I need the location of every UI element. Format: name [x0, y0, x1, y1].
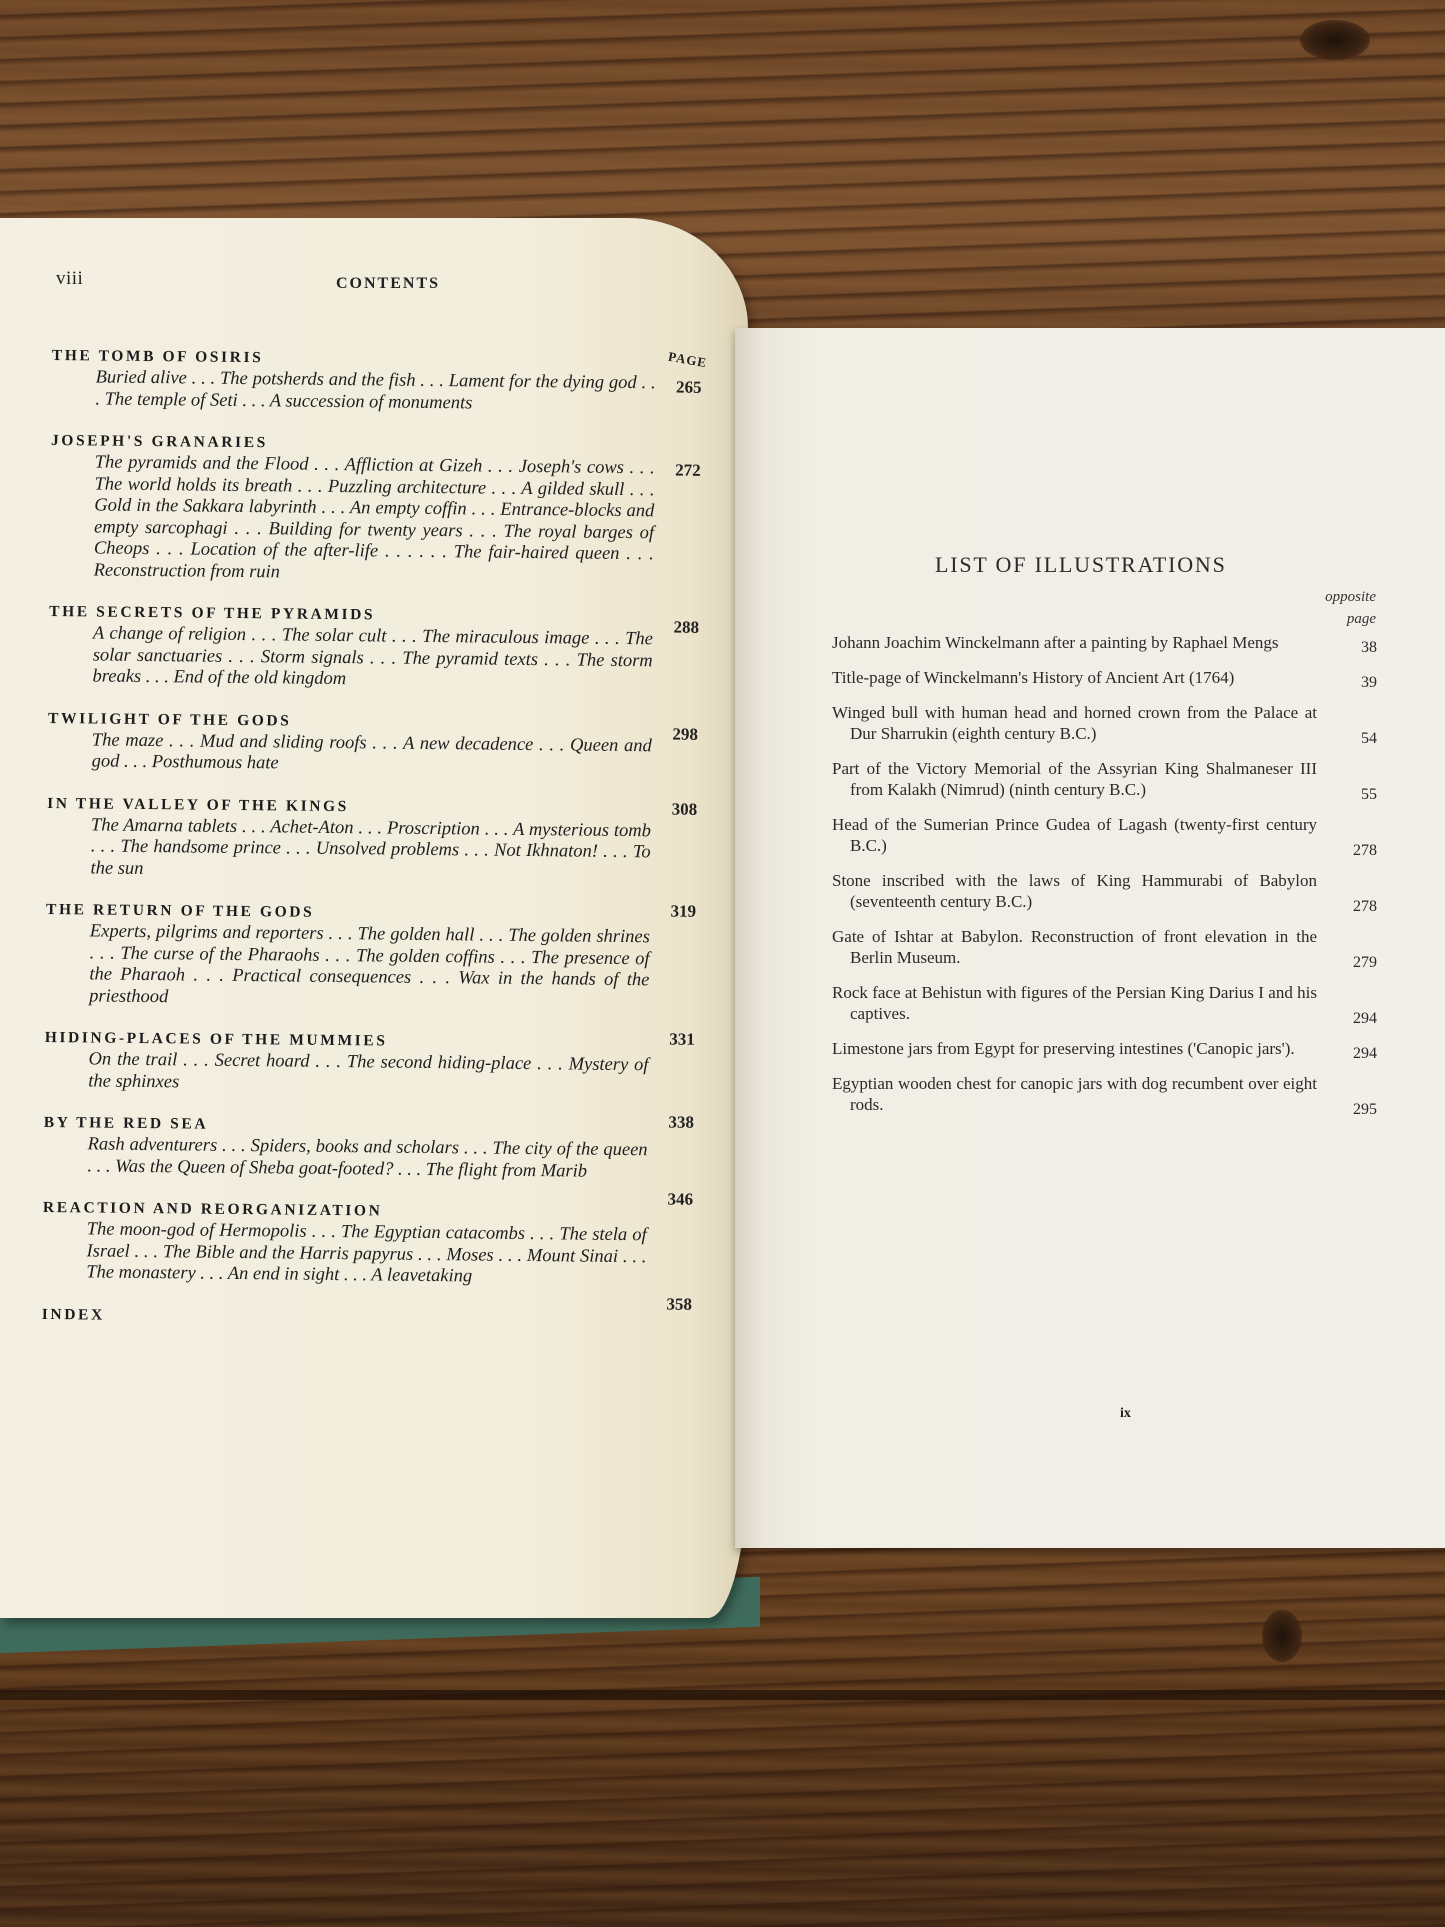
chapter-subtitle: The pyramids and the Flood . . . Afflict… — [50, 452, 655, 587]
illustration-item: Part of the Victory Memorial of the Assy… — [832, 758, 1377, 800]
chapter-page: 298 — [672, 724, 698, 744]
wood-knot — [1262, 1610, 1302, 1662]
list-of-illustrations-title: LIST OF ILLUSTRATIONS — [935, 552, 1227, 578]
illustration-item: Limestone jars from Egypt for preserving… — [832, 1038, 1377, 1059]
column-head-line: page — [1290, 608, 1376, 630]
toc-entry: INDEX 358 — [42, 1303, 652, 1331]
toc-entry: THE RETURN OF THE GODS Experts, pilgrims… — [45, 899, 656, 1013]
opposite-page-column-head: opposite page — [1290, 586, 1376, 630]
toc-entry: BY THE RED SEA Rash adventurers . . . Sp… — [43, 1112, 654, 1183]
chapter-subtitle: Experts, pilgrims and reporters . . . Th… — [45, 921, 650, 1013]
illustration-caption: Johann Joachim Winckelmann after a paint… — [832, 632, 1317, 653]
illustration-page: 294 — [1353, 1045, 1377, 1063]
chapter-page: 288 — [673, 618, 699, 638]
chapter-page: 358 — [666, 1294, 692, 1314]
illustration-item: Stone inscribed with the laws of King Ha… — [832, 870, 1377, 912]
chapter-page: 272 — [675, 461, 701, 481]
running-head: CONTENTS — [336, 275, 440, 293]
illustration-item: Head of the Sumerian Prince Gudea of Lag… — [832, 814, 1377, 856]
wood-board-seam — [0, 1690, 1445, 1700]
illustration-item: Johann Joachim Winckelmann after a paint… — [832, 632, 1377, 653]
chapter-page: 346 — [667, 1189, 693, 1209]
chapter-page: 265 — [676, 378, 702, 398]
chapter-title: INDEX — [42, 1303, 652, 1331]
toc-entry: THE TOMB OF OSIRIS Buried alive . . . Th… — [51, 345, 662, 416]
toc-entry: HIDING-PLACES OF THE MUMMIES On the trai… — [44, 1027, 655, 1098]
chapter-subtitle: The Amarna tablets . . . Achet-Aton . . … — [46, 814, 651, 885]
illustration-item: Gate of Ishtar at Babylon. Reconstructio… — [832, 926, 1377, 968]
illustration-page: 295 — [1353, 1101, 1377, 1119]
illustration-caption: Rock face at Behistun with figures of th… — [832, 982, 1317, 1024]
illustrations-list: Johann Joachim Winckelmann after a paint… — [832, 632, 1377, 1129]
illustration-item: Egyptian wooden chest for canopic jars w… — [832, 1073, 1377, 1115]
illustration-item: Rock face at Behistun with figures of th… — [832, 982, 1377, 1024]
column-head-line: opposite — [1290, 586, 1376, 608]
chapter-subtitle: A change of religion . . . The solar cul… — [48, 623, 653, 694]
illustration-item: Title-page of Winckelmann's History of A… — [832, 667, 1377, 688]
wood-knot — [1300, 20, 1370, 60]
chapter-subtitle: Buried alive . . . The potsherds and the… — [51, 367, 655, 416]
illustration-caption: Part of the Victory Memorial of the Assy… — [832, 758, 1317, 800]
illustration-caption: Gate of Ishtar at Babylon. Reconstructio… — [832, 926, 1317, 968]
illustration-item: Winged bull with human head and horned c… — [832, 702, 1377, 744]
toc-entry: THE SECRETS OF THE PYRAMIDS A change of … — [48, 601, 659, 694]
chapter-page: 338 — [668, 1112, 694, 1132]
toc-entry: TWILIGHT OF THE GODS The maze . . . Mud … — [48, 707, 659, 778]
illustration-page: 39 — [1361, 674, 1377, 692]
illustration-page: 54 — [1361, 730, 1377, 748]
illustration-caption: Egyptian wooden chest for canopic jars w… — [832, 1073, 1317, 1115]
illustration-page: 38 — [1361, 639, 1377, 657]
illustration-page: 278 — [1353, 842, 1377, 860]
page-folio-right: ix — [1120, 1406, 1131, 1422]
illustration-caption: Stone inscribed with the laws of King Ha… — [832, 870, 1317, 912]
illustration-page: 294 — [1353, 1010, 1377, 1028]
toc-entry: IN THE VALLEY OF THE KINGS The Amarna ta… — [46, 792, 657, 885]
page-folio-left: viii — [56, 268, 83, 290]
illustration-caption: Limestone jars from Egypt for preserving… — [832, 1038, 1317, 1059]
illustration-caption: Winged bull with human head and horned c… — [832, 702, 1317, 744]
illustration-page: 55 — [1361, 786, 1377, 804]
chapter-subtitle: The maze . . . Mud and sliding roofs . .… — [48, 729, 652, 778]
toc-entry: REACTION AND REORGANIZATION The moon-god… — [42, 1197, 653, 1290]
chapter-subtitle: The moon-god of Hermopolis . . . The Egy… — [42, 1219, 647, 1290]
chapter-subtitle: On the trail . . . Secret hoard . . . Th… — [44, 1049, 648, 1098]
illustration-page: 279 — [1353, 954, 1377, 972]
illustration-caption: Title-page of Winckelmann's History of A… — [832, 667, 1317, 688]
chapter-page: 331 — [669, 1030, 695, 1050]
chapter-page: 319 — [670, 902, 696, 922]
toc-entry: JOSEPH'S GRANARIES The pyramids and the … — [50, 430, 662, 587]
table-of-contents: THE TOMB OF OSIRIS Buried alive . . . Th… — [42, 345, 662, 1352]
chapter-page: 308 — [672, 799, 698, 819]
illustration-page: 278 — [1353, 898, 1377, 916]
illustration-caption: Head of the Sumerian Prince Gudea of Lag… — [832, 814, 1317, 856]
chapter-subtitle: Rash adventurers . . . Spiders, books an… — [43, 1134, 647, 1183]
